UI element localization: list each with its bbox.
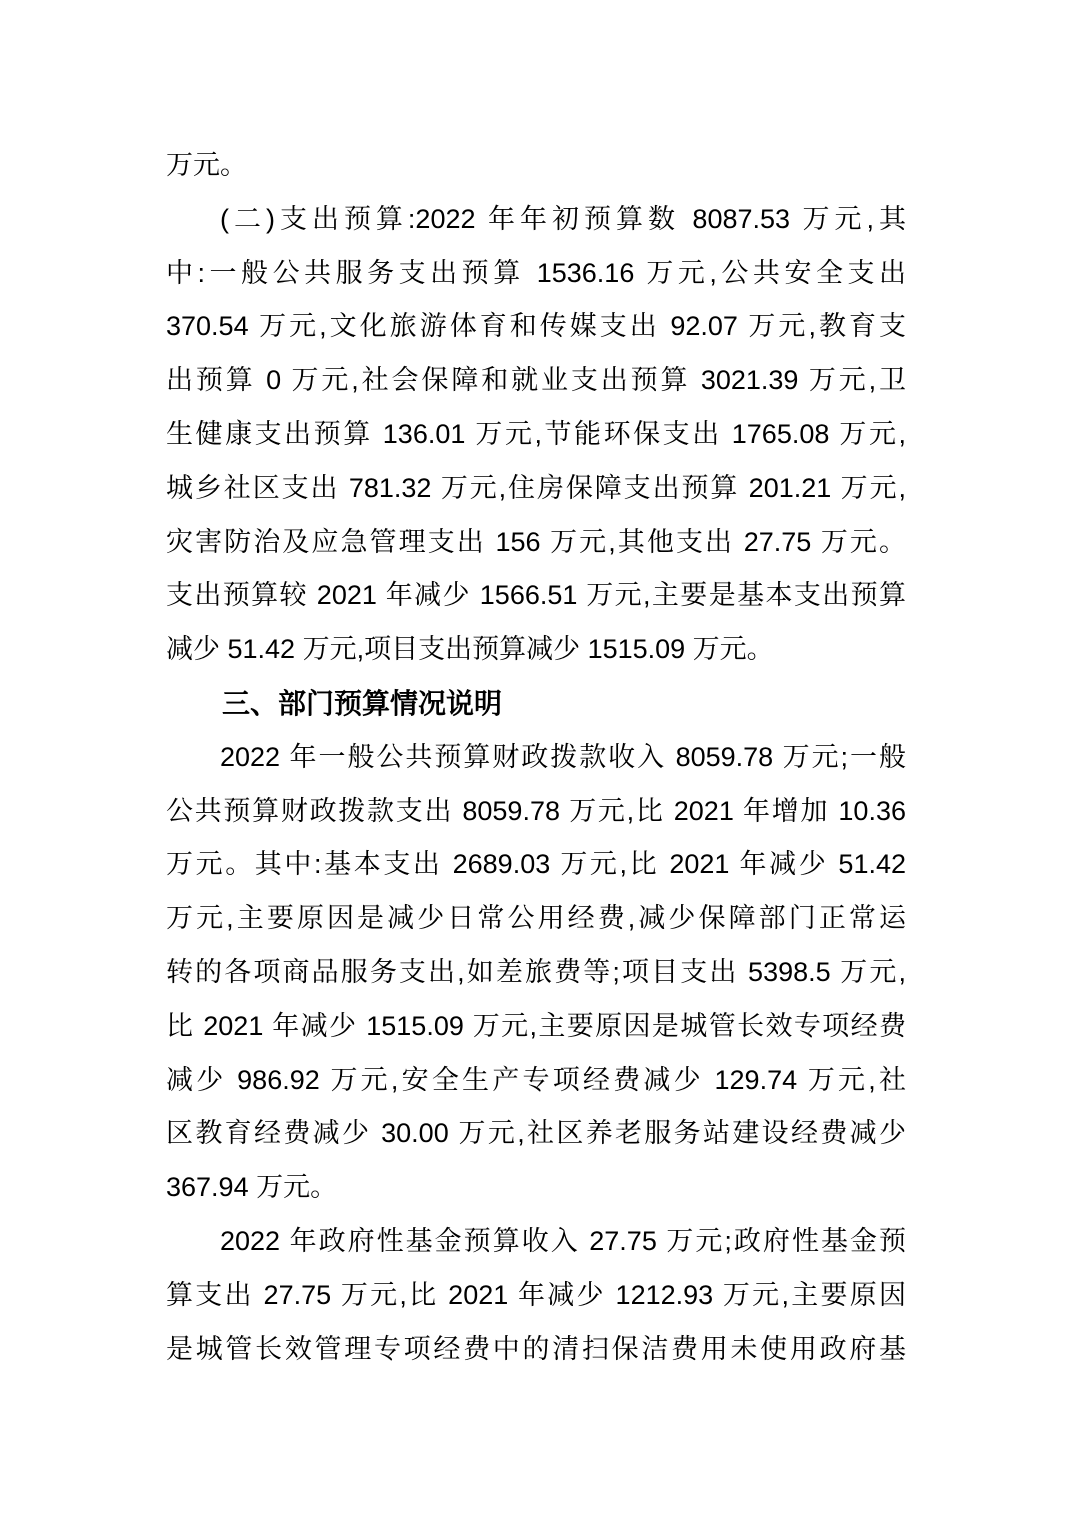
- doc-line: 370.54 万元,文化旅游体育和传媒支出 92.07 万元,教育支: [166, 300, 906, 354]
- doc-line: 算支出 27.75 万元,比 2021 年减少 1212.93 万元,主要原因: [166, 1269, 906, 1323]
- doc-line: 减少 51.42 万元,项目支出预算减少 1515.09 万元。: [166, 623, 906, 677]
- doc-line: 367.94 万元。: [166, 1161, 906, 1215]
- doc-line: 出预算 0 万元,社会保障和就业支出预算 3021.39 万元,卫: [166, 354, 906, 408]
- document-text-block: 万元。 (二)支出预算:2022 年年初预算数 8087.53 万元,其 中:一…: [166, 139, 906, 1376]
- doc-line: 万元。: [166, 139, 906, 193]
- paragraph-start-line: (二)支出预算:2022 年年初预算数 8087.53 万元,其: [166, 193, 906, 247]
- doc-line: 城乡社区支出 781.32 万元,住房保障支出预算 201.21 万元,: [166, 462, 906, 516]
- document-page: 万元。 (二)支出预算:2022 年年初预算数 8087.53 万元,其 中:一…: [0, 0, 1074, 1520]
- section-heading: 三、部门预算情况说明: [166, 677, 906, 731]
- doc-line: 万元。其中:基本支出 2689.03 万元,比 2021 年减少 51.42: [166, 838, 906, 892]
- doc-line: 灾害防治及应急管理支出 156 万元,其他支出 27.75 万元。: [166, 516, 906, 570]
- doc-line: 转的各项商品服务支出,如差旅费等;项目支出 5398.5 万元,: [166, 946, 906, 1000]
- doc-line: 减少 986.92 万元,安全生产专项经费减少 129.74 万元,社: [166, 1054, 906, 1108]
- doc-line: 中:一般公共服务支出预算 1536.16 万元,公共安全支出: [166, 247, 906, 301]
- doc-line: 万元,主要原因是减少日常公用经费,减少保障部门正常运: [166, 892, 906, 946]
- paragraph-start-line: 2022 年政府性基金预算收入 27.75 万元;政府性基金预: [166, 1215, 906, 1269]
- doc-line: 比 2021 年减少 1515.09 万元,主要原因是城管长效专项经费: [166, 1000, 906, 1054]
- doc-line: 生健康支出预算 136.01 万元,节能环保支出 1765.08 万元,: [166, 408, 906, 462]
- doc-line: 区教育经费减少 30.00 万元,社区养老服务站建设经费减少: [166, 1107, 906, 1161]
- doc-line: 公共预算财政拨款支出 8059.78 万元,比 2021 年增加 10.36: [166, 785, 906, 839]
- doc-line: 支出预算较 2021 年减少 1566.51 万元,主要是基本支出预算: [166, 569, 906, 623]
- doc-line: 是城管长效管理专项经费中的清扫保洁费用未使用政府基: [166, 1323, 906, 1377]
- paragraph-start-line: 2022 年一般公共预算财政拨款收入 8059.78 万元;一般: [166, 731, 906, 785]
